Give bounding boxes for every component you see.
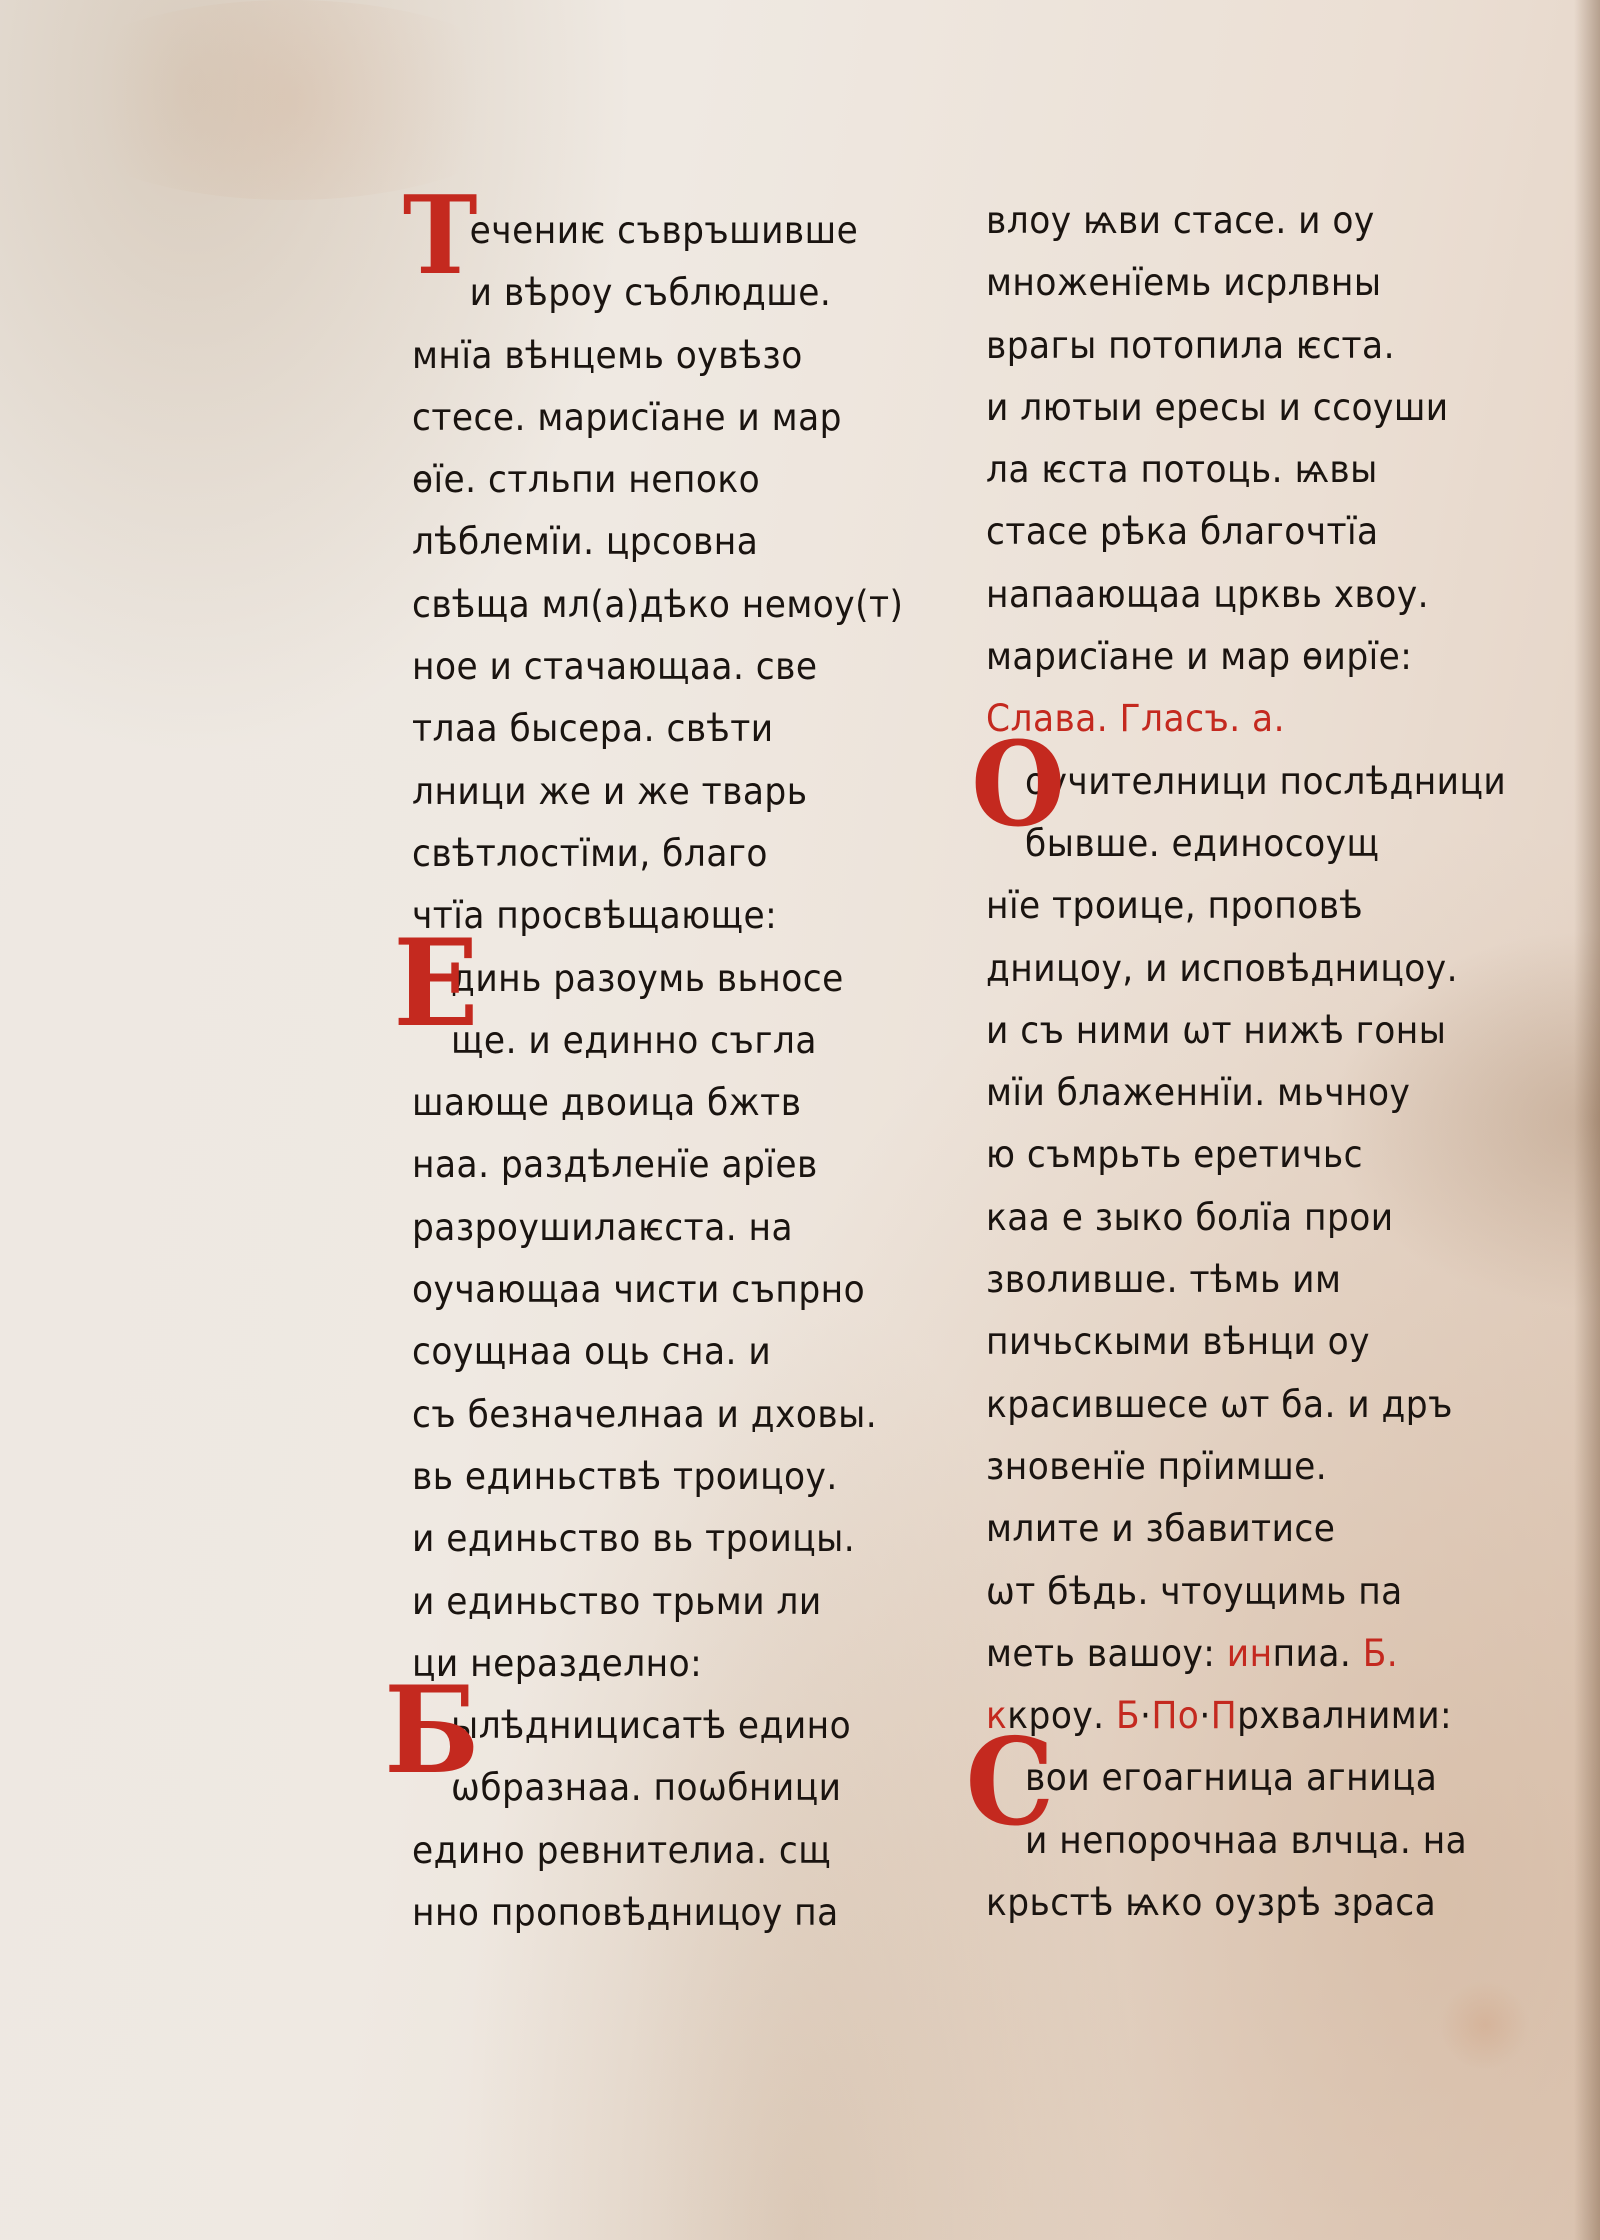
text-line: мнїа вѣнцемь оувѣзо [412,325,905,387]
line-text: и единьство трьми ли [412,1580,822,1623]
page-stain [1440,1980,1530,2070]
line-text: влоу ѩви стасе. и оу [986,199,1375,242]
line-text: напаающаа црквь хвоу. [986,573,1429,616]
text-line: ккроу. Б·По·Прхвалними: [986,1685,1479,1747]
line-text: пиа. [1273,1632,1352,1675]
page-stain [40,0,540,200]
line-text: каа е зыко болїа прои [986,1196,1394,1239]
line-text: наа. раздѣленїе арїев [412,1143,818,1186]
line-text: бывше. единосоущ [1025,822,1379,865]
left-column: Т ечениѥ съвръшивше и вѣроу съблюдше. мн… [412,200,942,1944]
line-text: стасе рѣка благочтїа [986,510,1379,553]
text-line: Е динь разоумь вьносе [412,948,905,1010]
line-text: ѳїе. стльпи непоко [412,458,760,501]
text-line: чтїа просвѣщающе: [412,885,905,947]
text-line: О оучителници послѣдници [986,751,1479,813]
text-line: ла ѥста потоць. ѩвы [986,439,1479,501]
line-text: лници же и же тварь [412,770,807,813]
text-line: лници же и же тварь [412,761,905,823]
text-line: ци неразделно: [412,1633,905,1695]
text-line: мїи блаженнїи. мьчноу [986,1062,1479,1124]
page-edge-shadow [1574,0,1600,2240]
text-line: съ безначелнаа и дховы. [412,1384,905,1446]
line-text: и вѣроу съблюдше. [470,271,832,314]
line-text: · [1199,1694,1210,1737]
line-text: ечениѥ съвръшивше [470,209,859,252]
text-line: и единьство вь троицы. [412,1508,905,1570]
line-text: ла ѥста потоць. ѩвы [986,448,1378,491]
rubric-text: Б [1105,1694,1140,1737]
text-line: стасе рѣка благочтїа [986,501,1479,563]
line-text: вь единьствѣ троицоу. [412,1455,838,1498]
text-line: Т ечениѥ съвръшивше [412,200,905,262]
line-text: соущнаа оць сна. и [412,1330,771,1373]
line-text: и съ ними ѡт нижѣ гоны [986,1009,1446,1052]
text-line: едино ревнителиа. сщ [412,1820,905,1882]
text-line: красившесе ѡт ба. и дръ [986,1374,1479,1436]
text-line: и съ ними ѡт нижѣ гоны [986,1000,1479,1062]
line-text: меть вашоу: [986,1632,1215,1675]
line-text: съ безначелнаа и дховы. [412,1393,877,1436]
text-line: и вѣроу съблюдше. [412,262,905,324]
line-text: и непорочнаа влчца. на [1025,1819,1467,1862]
line-text: едино ревнителиа. сщ [412,1829,831,1872]
line-text: красившесе ѡт ба. и дръ [986,1383,1453,1426]
line-text: мїи блаженнїи. мьчноу [986,1071,1410,1114]
text-line: врагы потопила ѥста. [986,315,1479,377]
line-text: стесе. марисїане и мар [412,396,842,439]
line-text: и единьство вь троицы. [412,1517,855,1560]
text-line: нїе троице, проповѣ [986,875,1479,937]
text-line: вь единьствѣ троицоу. [412,1446,905,1508]
text-line: и лютыи ересы и ссоуши [986,377,1479,439]
line-text: мнїа вѣнцемь оувѣзо [412,334,803,377]
line-text: марисїане и мар ѳирїе: [986,635,1412,678]
text-line: зволивше. тѣмь им [986,1249,1479,1311]
text-line: и единьство трьми ли [412,1571,905,1633]
line-text: оучающаа чисти съпрно [412,1268,865,1311]
line-text: динь разоумь вьносе [451,957,844,1000]
text-line: свѣтлостїми, благо [412,823,905,885]
line-text: ѡбразнаа. поѡбници [451,1766,841,1809]
text-line: ѡбразнаа. поѡбници [412,1757,905,1819]
text-line: тлаа бысера. свѣти [412,698,905,760]
line-text: ще. и единно съгла [451,1019,817,1062]
rubric-text: П [1211,1694,1237,1737]
line-text: лѣблемїи. црсовна [412,520,758,563]
text-line: С вои егоагница агница [986,1747,1479,1809]
line-text: свѣща мл(а)дѣко немоу(т) [412,583,903,626]
line-text: ылѣдницисатѣ едино [451,1704,851,1747]
line-text: разроушилаѥста. на [412,1206,793,1249]
text-line: млите и збавитисе [986,1498,1479,1560]
line-text: дницоу, и исповѣдницоу. [986,947,1458,990]
line-text: и лютыи ересы и ссоуши [986,386,1449,429]
manuscript-page: Т ечениѥ съвръшивше и вѣроу съблюдше. мн… [0,0,1600,2240]
line-text: нїе троице, проповѣ [986,884,1363,927]
text-line: шающе двоица бжтв [412,1072,905,1134]
text-line: наа. раздѣленїе арїев [412,1134,905,1196]
line-text: крьстѣ ѩко оузрѣ зраса [986,1881,1436,1924]
text-line: разроушилаѥста. на [412,1197,905,1259]
line-text: · [1140,1694,1151,1737]
text-line: нно проповѣдницоу па [412,1882,905,1944]
line-text: пичьскыми вѣнци оу [986,1320,1370,1363]
line-text: ѡт бѣдь. чтоущимь па [986,1570,1403,1613]
text-line: пичьскыми вѣнци оу [986,1311,1479,1373]
line-text: шающе двоица бжтв [412,1081,801,1124]
rubric-text: ин [1227,1632,1273,1675]
text-line: дницоу, и исповѣдницоу. [986,938,1479,1000]
line-text: нно проповѣдницоу па [412,1891,839,1934]
text-line: каа е зыко болїа прои [986,1187,1479,1249]
line-text: ю съмрьть еретичьс [986,1133,1363,1176]
text-line: марисїане и мар ѳирїе: [986,626,1479,688]
text-line: лѣблемїи. црсовна [412,511,905,573]
text-line: стесе. марисїане и мар [412,387,905,449]
line-text: свѣтлостїми, благо [412,832,768,875]
text-line: меть вашоу: инпиа. Б. [986,1623,1479,1685]
text-line: свѣща мл(а)дѣко немоу(т) [412,574,905,636]
text-line: оучающаа чисти съпрно [412,1259,905,1321]
line-text: оучителници послѣдници [1025,760,1506,803]
text-line: зновенїе прїимше. [986,1436,1479,1498]
line-text: зволивше. тѣмь им [986,1258,1341,1301]
line-text: вои егоагница агница [1025,1756,1437,1799]
text-line: ѡт бѣдь. чтоущимь па [986,1561,1479,1623]
text-line: ное и стачающаа. све [412,636,905,698]
text-line: Б ылѣдницисатѣ едино [412,1695,905,1757]
right-column: влоу ѩви стасе. и оу множенїемь исрлвны … [986,190,1516,1934]
line-text: тлаа бысера. свѣти [412,707,774,750]
line-text: млите и збавитисе [986,1507,1335,1550]
text-line: и непорочнаа влчца. на [986,1810,1479,1872]
text-line: бывше. единосоущ [986,813,1479,875]
text-line: соущнаа оць сна. и [412,1321,905,1383]
text-line: крьстѣ ѩко оузрѣ зраса [986,1872,1479,1934]
text-line: напаающаа црквь хвоу. [986,564,1479,626]
text-line: ѳїе. стльпи непоко [412,449,905,511]
rubric-text: По [1151,1694,1199,1737]
rubric-text: Б. [1363,1632,1398,1675]
text-line: ще. и единно съгла [412,1010,905,1072]
text-line: ю съмрьть еретичьс [986,1124,1479,1186]
line-text: врагы потопила ѥста. [986,324,1395,367]
line-text: множенїемь исрлвны [986,261,1382,304]
line-text: ное и стачающаа. све [412,645,818,688]
text-line: влоу ѩви стасе. и оу [986,190,1479,252]
line-text: рхвалними: [1237,1694,1452,1737]
line-text: зновенїе прїимше. [986,1445,1327,1488]
text-line: множенїемь исрлвны [986,252,1479,314]
